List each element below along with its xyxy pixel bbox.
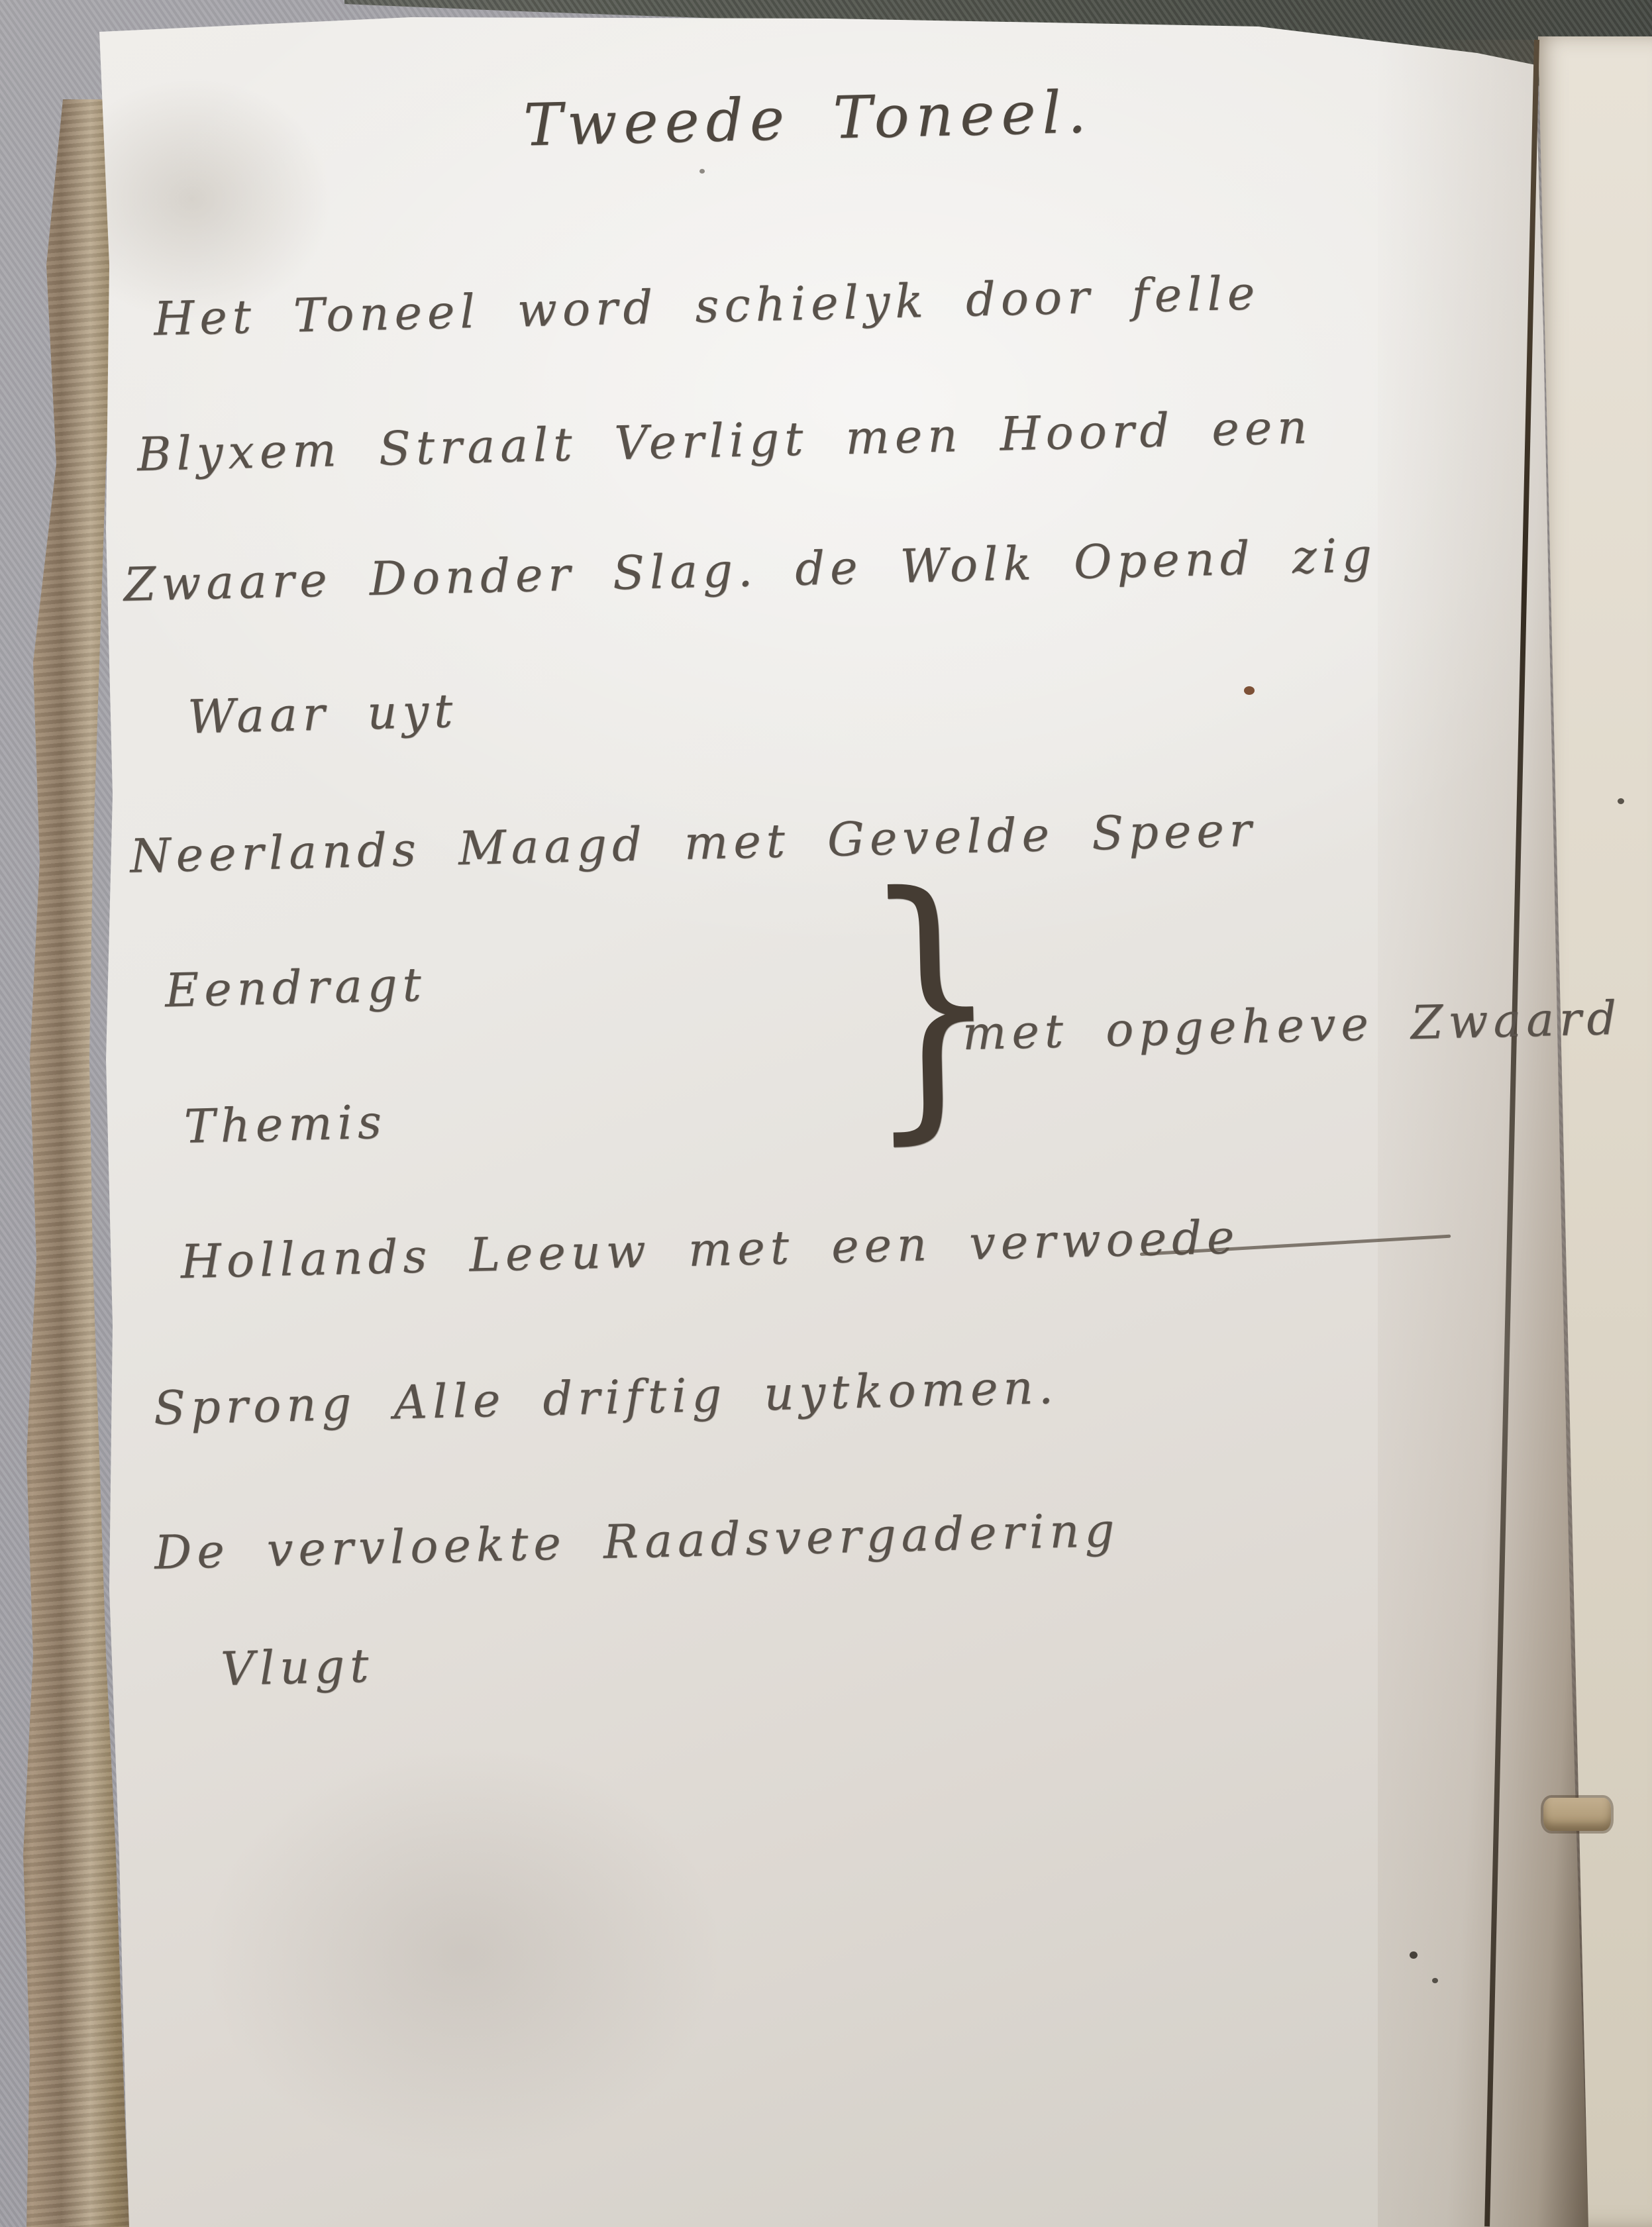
manuscript-line-8-themis: Themis [183, 1094, 387, 1155]
manuscript-line-6-eendragt: Eendragt [164, 957, 427, 1018]
ink-spot [1432, 1978, 1438, 1983]
ink-spot [1410, 1951, 1418, 1959]
manuscript-line-2: Blyxem Straalt Verligt men Hoord een [136, 399, 1313, 482]
paper-speck [699, 169, 705, 174]
manuscript-line-10: Sprong Alle driftig uytkomen. [153, 1359, 1059, 1436]
manuscript-line-5: Neerlands Maagd met Gevelde Speer [129, 802, 1257, 884]
handwriting-layer: Tweede Toneel. Het Toneel word schielyk … [0, 0, 1652, 2227]
ink-spot [1244, 686, 1255, 695]
grouping-brace: } [861, 880, 1003, 1125]
manuscript-line-12: Vlugt [220, 1637, 374, 1696]
manuscript-line-3: Zwaare Donder Slag. de Wolk Opend zig [123, 527, 1378, 613]
manuscript-line-4: Waar uyt [187, 683, 458, 745]
ink-spot [1618, 798, 1624, 804]
manuscript-line-11: De vervloekte Raadsvergadering [154, 1502, 1120, 1580]
photograph-of-manuscript-page: Tweede Toneel. Het Toneel word schielyk … [0, 0, 1652, 2227]
page-title: Tweede Toneel. [523, 77, 1093, 160]
manuscript-line-7-brace-note: met opgeheve Zwaard [962, 990, 1622, 1061]
manuscript-line-1: Het Toneel word schielyk door felle [153, 265, 1261, 346]
manuscript-line-9: Hollands Leeuw met een verwoede [180, 1209, 1240, 1290]
